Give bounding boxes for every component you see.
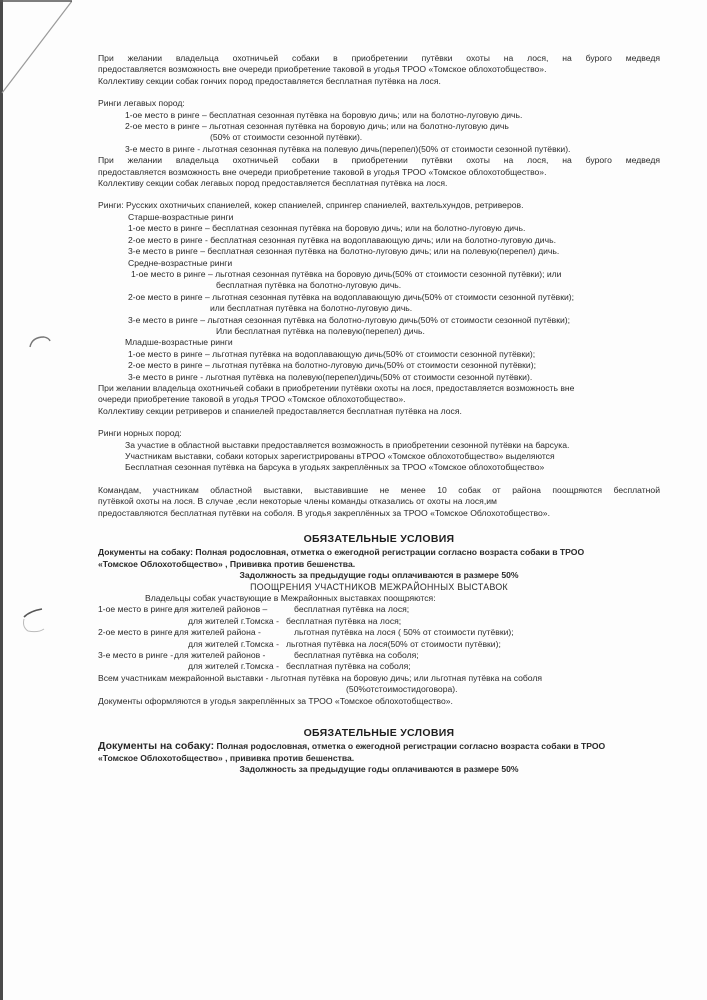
prize-who: для жителей района - (174, 627, 261, 638)
punch-hole-mark (26, 333, 54, 351)
prize-who: для жителей г.Томска - (188, 616, 279, 627)
prize-prize: бесплатная путёвка на лося; (286, 616, 401, 627)
prize-row: 3-е место в ринге -для жителей районов -… (98, 650, 660, 661)
prize-place: 2-ое место в ринге - (98, 627, 178, 638)
interdistrict-section: ПООЩРЕНИЯ УЧАСТНИКОВ МЕЖРАЙОННЫХ ВЫСТАВО… (98, 582, 660, 707)
prize-who: для жителей г.Томска - (188, 661, 279, 672)
docs-text: Полная родословная, отметка о ежегодной … (193, 547, 584, 557)
paragraph-line: Всем участникам межрайонной выставки - л… (98, 673, 660, 684)
debt-note: Задолжность за предыдущие годы оплачиваю… (98, 764, 660, 775)
prize-line: 1-ое место в ринге – бесплатная сезонная… (98, 223, 660, 234)
debt-note: Задолжность за предыдущие годы оплачиваю… (98, 570, 660, 581)
paragraph-line: Коллективу секции ретриверов и спаниелей… (98, 406, 660, 417)
burrow-section: Ринги норных пород: За участие в областн… (98, 428, 660, 474)
paragraph-line: (50%отстоимостидоговора). (98, 684, 660, 695)
paragraph-line: Бесплатная сезонная путёвка на барсука в… (98, 462, 660, 473)
subsection-title: Средне-возрастные ринги (98, 258, 660, 269)
prize-line: 3-е место в ринге – льготная сезонная пу… (98, 315, 660, 326)
hounds-section: При желании владельца охотничьей собаки … (98, 53, 660, 87)
prize-line: (50% от стоимости сезонной путёвки). (98, 132, 660, 143)
spaniels-section: Ринги: Русских охотничьих спаниелей, кок… (98, 200, 660, 417)
paragraph-line: предоставляется возможность вне очереди … (98, 64, 660, 75)
section-title: ПООЩРЕНИЯ УЧАСТНИКОВ МЕЖРАЙОННЫХ ВЫСТАВО… (98, 582, 660, 593)
docs-text: Полная родословная, отметка о ежегодной … (214, 741, 605, 751)
prize-row: для жителей г.Томска -льготная путёвка н… (98, 639, 660, 650)
paragraph-line: очереди приобретение таковой в угодья ТР… (98, 394, 660, 405)
prize-who: для жителей г.Томска - (188, 639, 279, 650)
paragraph-line: Участникам выставки, собаки которых заре… (98, 451, 660, 462)
prize-line: бесплатная путёвка на болотно-луговую ди… (98, 280, 660, 291)
paragraph-line: путёвкой охоты на лося. В случае ,если н… (98, 496, 660, 507)
paragraph-line: При желании владельца охотничьей собаки … (98, 53, 660, 64)
prize-prize: бесплатная путёвка на соболя; (294, 650, 419, 661)
section-title: ОБЯЗАТЕЛЬНЫЕ УСЛОВИЯ (98, 534, 660, 545)
paragraph-line: предоставляется возможность вне очереди … (98, 167, 660, 178)
prize-line: 1-ое место в ринге – бесплатная сезонная… (98, 110, 660, 121)
prize-place: 1-ое место в ринге – (98, 604, 180, 615)
prize-line: 3-е место в ринге - льготная сезонная пу… (98, 144, 660, 155)
prize-prize: бесплатная путёвка на соболя; (286, 661, 411, 672)
prize-line: или бесплатная путёвка на болотно-лугову… (98, 303, 660, 314)
paragraph-line: За участие в областной выставки предоста… (98, 440, 660, 451)
paragraph-line: Командам, участникам областной выставки,… (98, 485, 660, 496)
scan-edge (0, 0, 3, 1000)
subsection-title: Старше-возрастные ринги (98, 212, 660, 223)
paragraph-line: При желании владельца охотничьей собаки … (98, 383, 660, 394)
prize-line: 2-ое место в ринге - бесплатная сезонная… (98, 235, 660, 246)
prize-prize: льготная путёвка на лося(50% от стоимост… (286, 639, 501, 650)
prize-line: 3-е место в ринге - льготная путёвка на … (98, 372, 660, 383)
docs-label: Документы на собаку: (98, 740, 214, 752)
docs-text: «Томское Облохотобщество» , Прививка про… (98, 559, 660, 570)
document-page: При желании владельца охотничьей собаки … (98, 53, 660, 776)
prize-line: Или бесплатная путёвка на полевую(перепе… (98, 326, 660, 337)
scan-fold-line (0, 0, 72, 95)
conditions-section-1: ОБЯЗАТЕЛЬНЫЕ УСЛОВИЯ Документы на собаку… (98, 534, 660, 582)
section-heading: Ринги легавых пород: (98, 98, 660, 109)
prize-row: для жителей г.Томска -бесплатная путёвка… (98, 616, 660, 627)
prize-row: для жителей г.Томска -бесплатная путёвка… (98, 661, 660, 672)
prize-line: 2-ое место в ринге – льготная путёвка на… (98, 360, 660, 371)
paragraph-line: предоставляются бесплатная путёвки на со… (98, 508, 660, 519)
paragraph-line: Коллективу секции собак гончих пород пре… (98, 76, 660, 87)
teams-section: Командам, участникам областной выставки,… (98, 485, 660, 519)
prize-row: 1-ое место в ринге –для жителей районов … (98, 604, 660, 615)
prize-prize: льготная путёвка на лося ( 50% от стоимо… (294, 627, 514, 638)
prize-who: для жителей районов - (174, 650, 265, 661)
prize-prize: бесплатная путёвка на лося; (294, 604, 409, 615)
prize-who: для жителей районов – (174, 604, 267, 615)
section-heading: Ринги: Русских охотничьих спаниелей, кок… (98, 200, 660, 211)
paragraph-line: Документы оформляются в угодья закреплён… (98, 696, 660, 707)
prize-line: 2-ое место в ринге – льготная сезонная п… (98, 121, 660, 132)
paragraph-line: Коллективу секции собак легавых пород пр… (98, 178, 660, 189)
docs-label: Документы на собаку: (98, 547, 193, 557)
section-heading: Ринги норных пород: (98, 428, 660, 439)
conditions-section-2: ОБЯЗАТЕЛЬНЫЕ УСЛОВИЯ Документы на собаку… (98, 728, 660, 776)
subsection-title: Младше-возрастные ринги (98, 337, 660, 348)
prize-line: 1-ое место в ринге – льготная сезонная п… (98, 269, 660, 280)
prize-line: 3-е место в ринге – бесплатная сезонная … (98, 246, 660, 257)
paragraph-line: При желании владельца охотничьей собаки … (98, 155, 660, 166)
section-title: ОБЯЗАТЕЛЬНЫЕ УСЛОВИЯ (98, 728, 660, 739)
punch-hole-mark (18, 605, 48, 637)
intro-line: Владельцы собак участвующие в Межрайонны… (98, 593, 660, 604)
docs-text: «Томское Облохотобщество» , прививка про… (98, 753, 660, 764)
prize-row: 2-ое место в ринге -для жителей района -… (98, 627, 660, 638)
prize-table: 1-ое место в ринге –для жителей районов … (98, 604, 660, 672)
prize-line: 1-ое место в ринге – льготная путёвка на… (98, 349, 660, 360)
prize-line: 2-ое место в ринге – льготная сезонная п… (98, 292, 660, 303)
pointers-section: Ринги легавых пород: 1-ое место в ринге … (98, 98, 660, 189)
prize-place: 3-е место в ринге - (98, 650, 173, 661)
